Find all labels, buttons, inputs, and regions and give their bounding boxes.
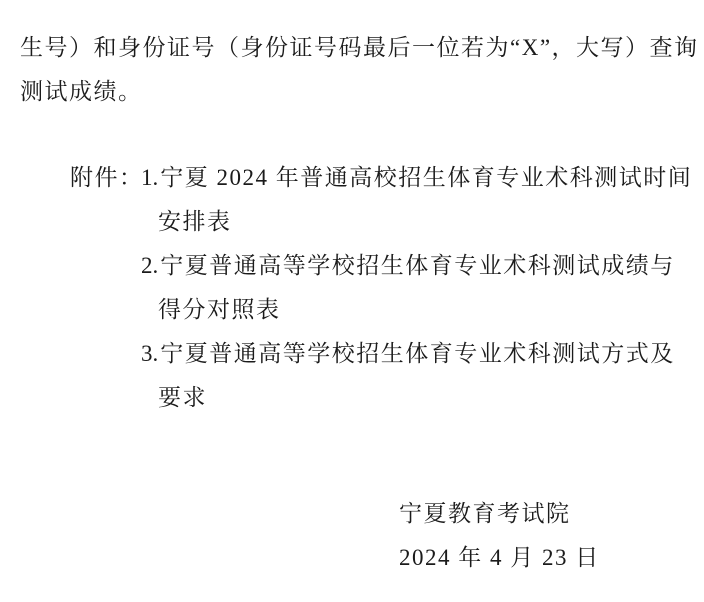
attachment-item-1: 1.宁夏 2024 年普通高校招生体育专业术科测试时间 安排表	[141, 156, 704, 244]
attachment-item-1-line-2: 安排表	[141, 200, 704, 244]
document-page: 生号）和身份证号（身份证号码最后一位若为“X”，大写）查询 测试成绩。 附件： …	[0, 0, 704, 602]
attachment-item-3-line-2: 要求	[141, 376, 704, 420]
attachment-item-3-line-1: 3.宁夏普通高等学校招生体育专业术科测试方式及	[141, 332, 704, 376]
signature-org: 宁夏教育考试院	[399, 492, 704, 536]
attachment-item-2-line-2: 得分对照表	[141, 288, 704, 332]
attachment-item-2-line-1: 2.宁夏普通高等学校招生体育专业术科测试成绩与	[141, 244, 704, 288]
attachment-label: 附件：	[70, 156, 141, 200]
signature-date: 2024 年 4 月 23 日	[399, 536, 704, 580]
attachment-item-1-line-1: 1.宁夏 2024 年普通高校招生体育专业术科测试时间	[141, 156, 704, 200]
attachment-item-2: 2.宁夏普通高等学校招生体育专业术科测试成绩与 得分对照表	[141, 244, 704, 332]
attachment-item-2-number: 2.	[141, 244, 158, 288]
attachment-list: 1.宁夏 2024 年普通高校招生体育专业术科测试时间 安排表 2.宁夏普通高等…	[141, 156, 704, 420]
body-line-1: 生号）和身份证号（身份证号码最后一位若为“X”，大写）查询	[20, 26, 686, 70]
attachment-section: 附件： 1.宁夏 2024 年普通高校招生体育专业术科测试时间 安排表 2.宁夏…	[70, 156, 704, 420]
attachment-item-2-text: 宁夏普通高等学校招生体育专业术科测试成绩与	[160, 253, 675, 278]
attachment-item-3: 3.宁夏普通高等学校招生体育专业术科测试方式及 要求	[141, 332, 704, 420]
attachment-item-3-text: 宁夏普通高等学校招生体育专业术科测试方式及	[160, 341, 675, 366]
attachment-item-3-number: 3.	[141, 332, 158, 376]
attachment-item-1-number: 1.	[141, 156, 158, 200]
signature-block: 宁夏教育考试院 2024 年 4 月 23 日	[399, 492, 704, 580]
attachment-item-1-text: 宁夏 2024 年普通高校招生体育专业术科测试时间	[160, 165, 692, 190]
body-line-2: 测试成绩。	[20, 70, 686, 114]
body-paragraph: 生号）和身份证号（身份证号码最后一位若为“X”，大写）查询 测试成绩。	[20, 26, 686, 114]
